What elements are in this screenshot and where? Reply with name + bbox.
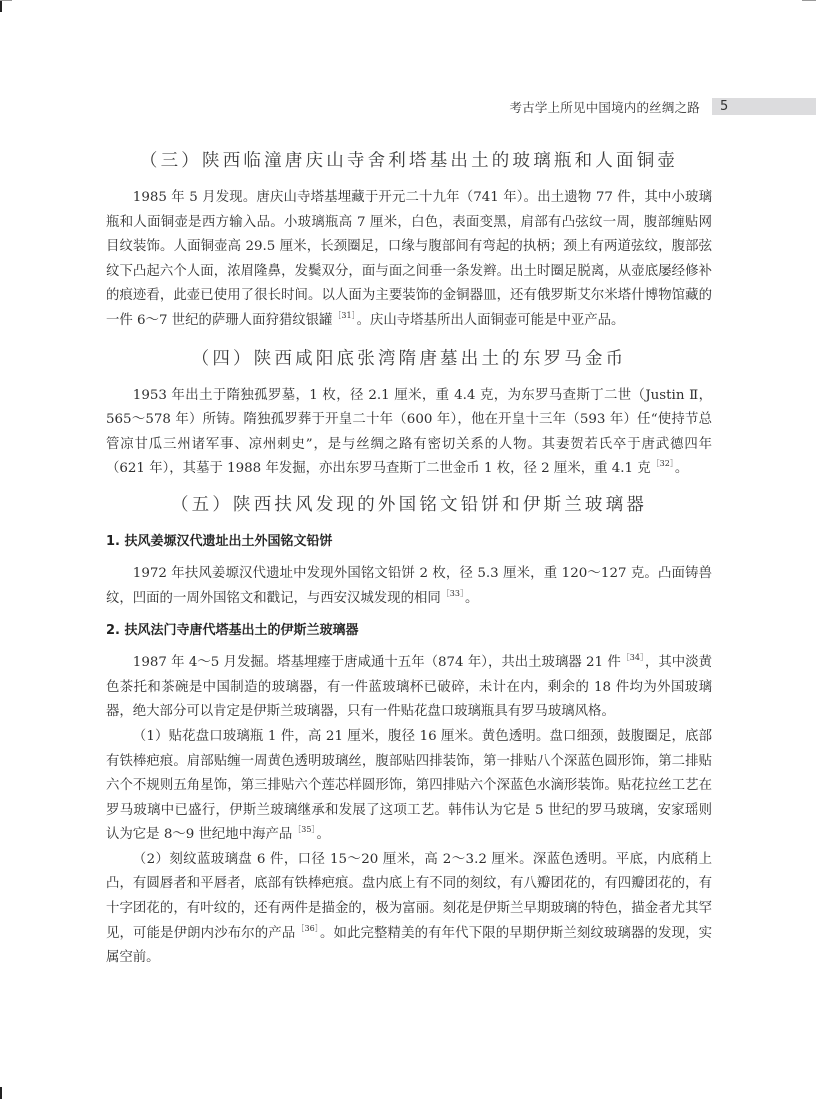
citation-34: ［34］ xyxy=(622,653,644,662)
subsection-heading-2: 2. 扶风法门寺唐代塔基出土的伊斯兰玻璃器 xyxy=(106,619,712,643)
crop-mark-top-left xyxy=(0,0,2,12)
crop-mark-top-right xyxy=(802,0,816,1)
paragraph: 1972 年扶风姜塬汉代遗址中发现外国铭文铅饼 2 枚，径 5.3 厘米，重 1… xyxy=(106,562,712,611)
running-head: 考古学上所见中国境内的丝绸之路 5 xyxy=(0,97,816,116)
paragraph: 1953 年出土于隋独孤罗墓，1 枚，径 2.1 厘米，重 4.4 克，为东罗马… xyxy=(106,384,712,482)
citation-33: ［33］ xyxy=(442,589,464,598)
page-body: （三）陕西临潼唐庆山寺舍利塔基出土的玻璃瓶和人面铜壶 1985 年 5 月发现。… xyxy=(106,146,712,971)
citation-36: ［36］ xyxy=(296,924,319,933)
running-head-title: 考古学上所见中国境内的丝绸之路 xyxy=(509,98,700,116)
crop-mark-bottom-left xyxy=(0,1087,2,1099)
section-heading-4: （四）陕西咸阳底张湾隋唐墓出土的东罗马金币 xyxy=(106,344,712,374)
paragraph: （1）贴花盘口玻璃瓶 1 件，高 21 厘米，腹径 16 厘米。黄色透明。盘口细… xyxy=(106,725,712,848)
subsection-heading-1: 1. 扶风姜塬汉代遗址出土外国铭文铅饼 xyxy=(106,530,712,554)
citation-32: ［32］ xyxy=(652,459,674,468)
paragraph: （2）刻纹蓝玻璃盘 6 件，口径 15～20 厘米，高 2～3.2 厘米。深蓝色… xyxy=(106,848,712,971)
citation-31: ［31］ xyxy=(333,311,355,320)
citation-35: ［35］ xyxy=(293,825,315,834)
crop-mark-top-left-h xyxy=(0,0,12,1)
section-heading-5: （五）陕西扶风发现的外国铭文铅饼和伊斯兰玻璃器 xyxy=(106,490,712,520)
page-number: 5 xyxy=(712,98,816,115)
paragraph: 1987 年 4～5 月发掘。塔基埋瘗于唐咸通十五年（874 年），共出土玻璃器… xyxy=(106,651,712,725)
paragraph: 1985 年 5 月发现。唐庆山寺塔基埋藏于开元二十九年（741 年）。出土遗物… xyxy=(106,186,712,334)
section-heading-3: （三）陕西临潼唐庆山寺舍利塔基出土的玻璃瓶和人面铜壶 xyxy=(106,146,712,176)
